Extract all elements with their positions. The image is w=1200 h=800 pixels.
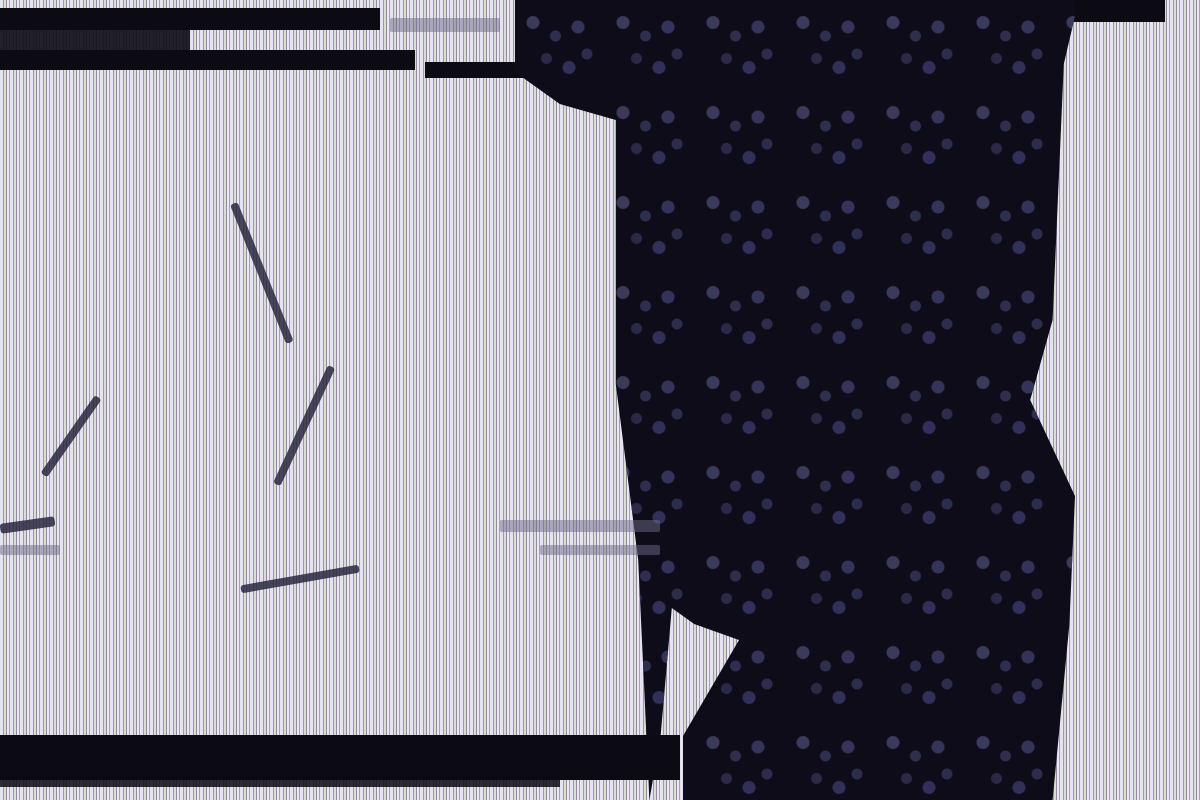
bottom-bar-tail — [0, 775, 560, 787]
top-bar-lower — [0, 50, 415, 70]
stroke-1 — [230, 202, 294, 344]
faint-mark-right-2 — [540, 545, 660, 555]
top-bar-upper — [0, 8, 380, 30]
faint-mark-right — [500, 520, 660, 532]
stroke-5 — [0, 516, 55, 534]
stroke-3 — [273, 365, 335, 486]
faint-mark-left — [0, 545, 60, 555]
top-bar-right-segment — [425, 62, 525, 78]
dark-shape — [515, 0, 1075, 800]
top-faint-mark — [390, 18, 500, 32]
top-bar-middle — [0, 30, 190, 50]
bottom-bar — [0, 735, 680, 780]
stroke-2 — [41, 395, 102, 477]
stroke-4 — [240, 565, 360, 594]
